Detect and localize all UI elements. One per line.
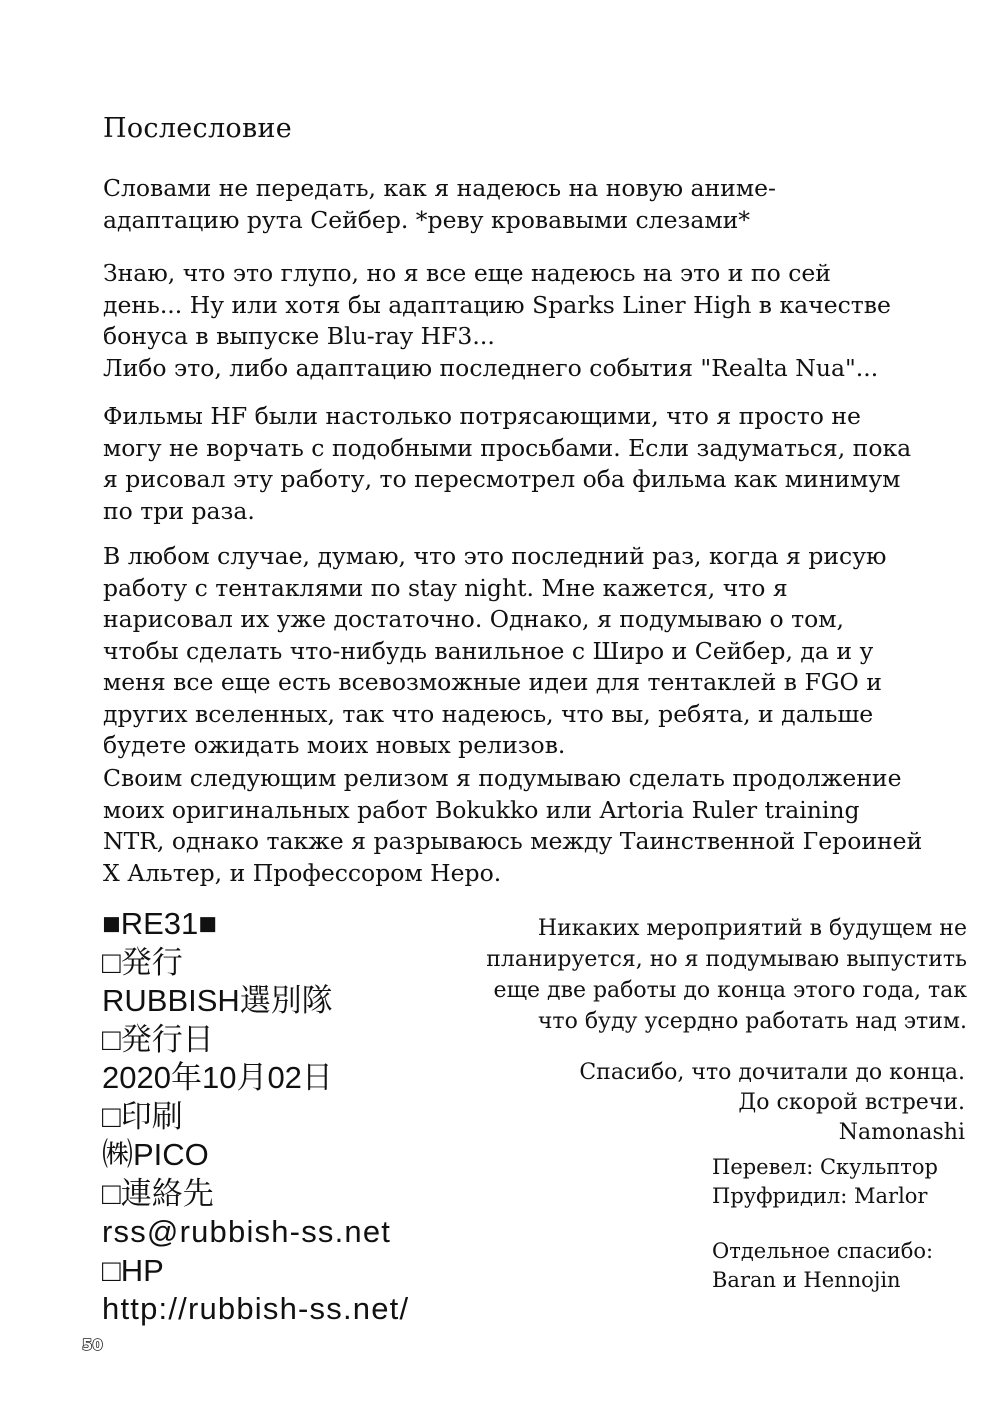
author-signature: Namonashi [579,1118,965,1148]
paragraph-line: меня все еще есть всевозможные идеи для … [103,667,973,699]
paragraph-line: бонуса в выпуске Blu-ray HF3... [103,321,973,353]
paragraph-line: чтобы сделать что-нибудь ванильное с Шир… [103,636,973,668]
colophon-contact-email: rss@rubbish-ss.net [102,1213,409,1252]
paragraph-line: по три раза. [103,496,973,528]
paragraph-line: Знаю, что это глупо, но я все еще надеюс… [103,258,973,290]
colophon-date-label: □発行日 [102,1021,409,1060]
paragraph-line: работу с тентаклями по stay night. Мне к… [103,573,973,605]
paragraph-line: Своим следующим релизом я подумываю сдел… [103,763,973,795]
thanks-line: Спасибо, что дочитали до конца. [579,1058,965,1088]
paragraph-anime-hope: Словами не передать, как я надеюсь на но… [103,173,973,236]
paragraph-line: Либо это, либо адаптацию последнего собы… [103,353,973,385]
future-plans-note: Никаких мероприятий в будущем не планиру… [486,913,967,1037]
farewell-line: До скорой встречи. [579,1088,965,1118]
special-thanks-label: Отдельное спасибо: [712,1237,938,1266]
paragraph-line: могу не ворчать с подобными просьбами. Е… [103,433,973,465]
colophon-publisher: RUBBISH選別隊 [102,982,409,1021]
note-line: что буду усердно работать над этим. [486,1006,967,1037]
colophon-contact-label: □連絡先 [102,1175,409,1214]
credits-spacer [712,1211,938,1237]
note-line: планируется, но я подумываю выпустить [486,944,967,975]
paragraph-hf-films: Фильмы HF были настолько потрясающими, ч… [103,401,973,527]
thanks-signoff: Спасибо, что дочитали до конца. До скоро… [579,1058,965,1148]
colophon-printer-label: □印刷 [102,1098,409,1137]
paragraph-line: будете ожидать моих новых релизов. [103,730,973,762]
colophon-homepage-label: □HP [102,1252,409,1291]
special-thanks-names: Baran и Hennojin [712,1266,938,1295]
colophon-homepage-url: http://rubbish-ss.net/ [102,1290,409,1329]
translation-credits: Перевел: Скульптор Пруфридил: Marlor Отд… [712,1153,938,1295]
translator-credit: Перевел: Скульптор [712,1153,938,1182]
paragraph-line: Фильмы HF были настолько потрясающими, ч… [103,401,973,433]
colophon: ■RE31■ □発行 RUBBISH選別隊 □発行日 2020年10月02日 □… [102,905,409,1329]
note-line: Никаких мероприятий в будущем не [486,913,967,944]
paragraph-line: Словами не передать, как я надеюсь на но… [103,173,973,205]
colophon-publisher-label: □発行 [102,944,409,983]
paragraph-sparks-liner-high: Знаю, что это глупо, но я все еще надеюс… [103,258,973,384]
paragraph-line: моих оригинальных работ Bokukko или Arto… [103,795,973,827]
paragraph-line: адаптацию рута Сейбер. *реву кровавыми с… [103,205,973,237]
colophon-printer: ㈱PICO [102,1136,409,1175]
paragraph-last-tentacle-work: В любом случае, думаю, что это последний… [103,541,973,762]
paragraph-line: X Альтер, и Профессором Неро. [103,858,973,890]
paragraph-line: день... Ну или хотя бы адаптацию Sparks … [103,290,973,322]
page-title: Послесловие [103,113,292,144]
paragraph-line: нарисовал их уже достаточно. Однако, я п… [103,604,973,636]
paragraph-line: я рисовал эту работу, то пересмотрел оба… [103,464,973,496]
page-number: 50 [82,1336,103,1354]
note-line: еще две работы до конца этого года, так [486,975,967,1006]
paragraph-line: NTR, однако также я разрываюсь между Таи… [103,826,973,858]
paragraph-line: В любом случае, думаю, что это последний… [103,541,973,573]
paragraph-next-release: Своим следующим релизом я подумываю сдел… [103,763,973,889]
colophon-date: 2020年10月02日 [102,1059,409,1098]
paragraph-line: других вселенных, так что надеюсь, что в… [103,699,973,731]
proofreader-credit: Пруфридил: Marlor [712,1182,938,1211]
colophon-title: ■RE31■ [102,905,409,944]
